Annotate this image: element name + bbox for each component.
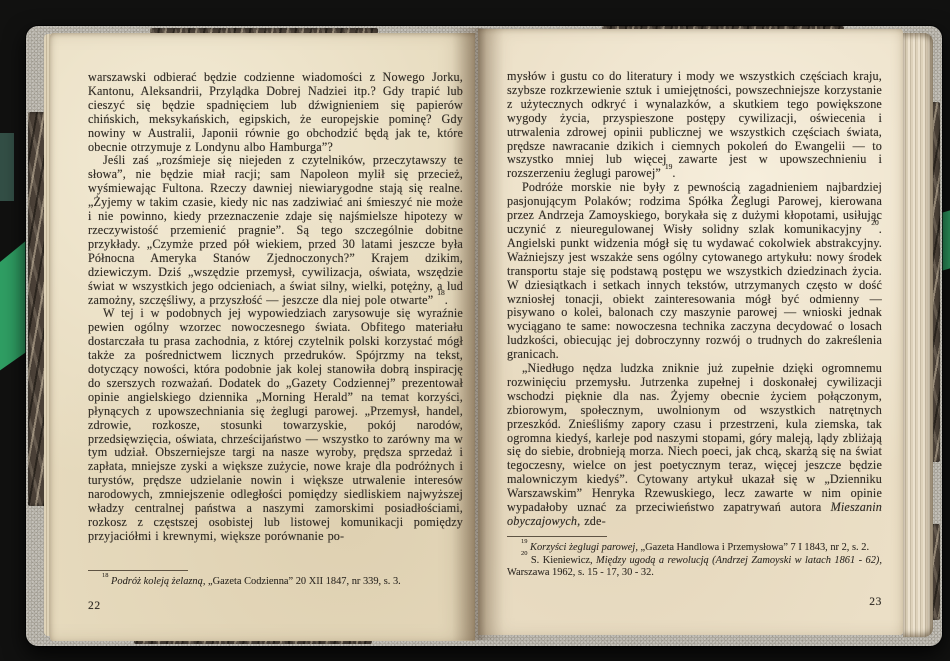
footnote: 19 Korzyści żeglugi parowej, „Gazeta Han… bbox=[507, 542, 882, 555]
book-photo-scene: warszawski odbierać będzie codzienne wia… bbox=[0, 0, 950, 661]
paragraph: warszawski odbierać będzie codzienne wia… bbox=[88, 71, 463, 154]
paragraph: Jeśli zaś „rozśmieje się niejeden z czyt… bbox=[88, 154, 463, 307]
footnote-rule bbox=[507, 536, 607, 537]
page-right: mysłów i gustu co do literatury i mody w… bbox=[478, 29, 903, 635]
page-left: warszawski odbierać będzie codzienne wia… bbox=[50, 33, 475, 641]
page-left-text-column: warszawski odbierać będzie codzienne wia… bbox=[88, 71, 463, 573]
paragraph: Podróże morskie nie były z pewnością zag… bbox=[507, 181, 882, 362]
paragraph: „Niedługo nędza ludzka zniknie już zupeł… bbox=[507, 362, 882, 529]
footnote: 18 Podróż koleją żelazną, „Gazeta Codzie… bbox=[88, 576, 465, 589]
paragraph: mysłów i gustu co do literatury i mody w… bbox=[507, 70, 882, 181]
page-edge-stack-right bbox=[903, 33, 933, 637]
page-number-right: 23 bbox=[869, 596, 882, 608]
footnote: 20 S. Kieniewicz, Między ugodą a rewoluc… bbox=[507, 555, 882, 580]
background-stripe-teal bbox=[0, 133, 14, 201]
page-left-footnotes: 18 Podróż koleją żelazną, „Gazeta Codzie… bbox=[88, 576, 465, 589]
page-right-footnotes: 19 Korzyści żeglugi parowej, „Gazeta Han… bbox=[507, 542, 882, 580]
page-right-text-column: mysłów i gustu co do literatury i mody w… bbox=[507, 70, 882, 540]
paragraph: W tej i w podobnych jej wypowiedziach za… bbox=[88, 307, 463, 543]
page-right-footnote-block: 19 Korzyści żeglugi parowej, „Gazeta Han… bbox=[507, 536, 882, 580]
page-left-footnote-block: 18 Podróż koleją żelazną, „Gazeta Codzie… bbox=[88, 570, 465, 589]
page-number-left: 22 bbox=[88, 600, 101, 612]
footnote-rule bbox=[88, 570, 188, 571]
